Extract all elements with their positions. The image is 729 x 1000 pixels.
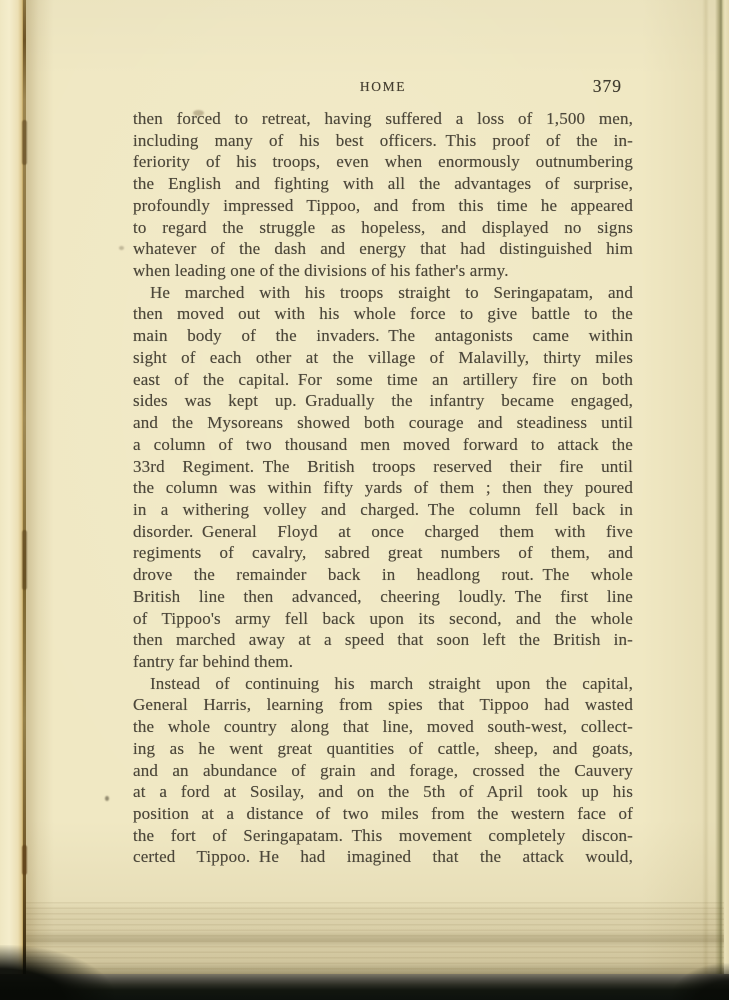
text-line: then forced to retreat, having suffered … — [133, 108, 633, 130]
text-line: the fort of Seringapatam. This movement … — [133, 825, 633, 847]
crease-stain — [22, 120, 27, 165]
text-line: sight of each other at the village of Ma… — [133, 347, 633, 369]
page-edges-bottom — [26, 902, 724, 974]
running-header-title: HOME — [133, 79, 633, 95]
text-line: main body of the invaders. The antagonis… — [133, 325, 633, 347]
text-line: east of the capital. For some time an ar… — [133, 369, 633, 391]
paragraph: Instead of continuing his march straight… — [133, 673, 633, 868]
text-line: the column was within fifty yards of the… — [133, 477, 633, 499]
text-line: the whole country along that line, moved… — [133, 716, 633, 738]
text-line: Instead of continuing his march straight… — [133, 673, 633, 695]
text-line: then moved out with his whole force to g… — [133, 303, 633, 325]
paper-speck — [105, 796, 109, 801]
text-line: when leading one of the divisions of his… — [133, 260, 633, 282]
gutter-shadow — [26, 0, 54, 1000]
text-line: drove the remainder back in headlong rou… — [133, 564, 633, 586]
text-line: of Tippoo's army fell back upon its seco… — [133, 608, 633, 630]
paragraph: then forced to retreat, having suffered … — [133, 108, 633, 282]
text-line: a column of two thousand men moved forwa… — [133, 434, 633, 456]
text-line: position at a distance of two miles from… — [133, 803, 633, 825]
running-header: HOME 379 — [133, 76, 633, 98]
corner-shadow-left — [0, 945, 115, 1000]
text-line: British line then advanced, cheering lou… — [133, 586, 633, 608]
page-edge-right — [702, 0, 729, 976]
text-line: then marched away at a speed that soon l… — [133, 629, 633, 651]
text-line: to regard the struggle as hopeless, and … — [133, 217, 633, 239]
crease-stain — [22, 845, 27, 875]
crease-stain — [22, 530, 27, 590]
paragraph: He marched with his troops straight to S… — [133, 282, 633, 673]
text-line: ing as he went great quantities of cattl… — [133, 738, 633, 760]
corner-shadow-right — [669, 962, 729, 1000]
paper-speck — [119, 246, 124, 250]
text-line: sides was kept up. Gradually the infantr… — [133, 390, 633, 412]
text-line: in a withering volley and charged. The c… — [133, 499, 633, 521]
text-line: He marched with his troops straight to S… — [133, 282, 633, 304]
ink-smudge — [193, 110, 204, 116]
text-line: including many of his best officers. Thi… — [133, 130, 633, 152]
scanned-book-page: HOME 379 then forced to retreat, having … — [0, 0, 729, 1000]
text-line: whatever of the dash and energy that had… — [133, 238, 633, 260]
text-line: 33rd Regiment. The British troops reserv… — [133, 456, 633, 478]
text-line: fantry far behind them. — [133, 651, 633, 673]
text-line: General Harris, learning from spies that… — [133, 694, 633, 716]
text-line: at a ford at Sosilay, and on the 5th of … — [133, 781, 633, 803]
text-line: profoundly impressed Tippoo, and from th… — [133, 195, 633, 217]
page-number: 379 — [593, 76, 622, 97]
text-line: certed Tippoo. He had imagined that the … — [133, 846, 633, 868]
text-line: regiments of cavalry, sabred great numbe… — [133, 542, 633, 564]
text-line: the English and fighting with all the ad… — [133, 173, 633, 195]
text-line: and an abundance of grain and forage, cr… — [133, 760, 633, 782]
gutter-left-page-fold — [0, 0, 23, 1000]
text-block: then forced to retreat, having suffered … — [133, 108, 633, 868]
text-line: disorder. General Floyd at once charged … — [133, 521, 633, 543]
text-line: and the Mysoreans showed both courage an… — [133, 412, 633, 434]
text-line: feriority of his troops, even when enorm… — [133, 151, 633, 173]
